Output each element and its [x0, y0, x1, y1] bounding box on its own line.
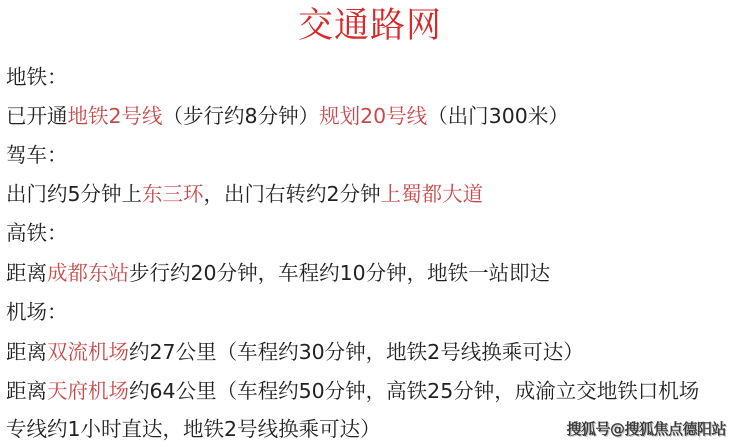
watermark: 搜狐号@搜狐焦点德阳站 — [566, 418, 726, 440]
text-segment: 出门约5分钟上 — [6, 182, 142, 206]
highlight-shudu-avenue: 上蜀都大道 — [381, 182, 484, 206]
airport-info-line-shuangliu: 距离双流机场约27公里（车程约30分钟，地铁2号线换乘可达） — [6, 337, 584, 367]
section-heading-driving: 驾车： — [6, 140, 68, 170]
subway-info-line: 已开通地铁2号线（步行约8分钟）规划20号线（出门300米） — [6, 101, 569, 131]
text-segment: 距离 — [6, 340, 47, 364]
section-heading-subway: 地铁： — [6, 62, 68, 92]
text-segment: 约64公里（车程约50分钟，高铁25分钟，成渝立交地铁口机场 — [129, 379, 699, 403]
section-heading-highspeed-rail: 高铁： — [6, 218, 68, 248]
highlight-shuangliu-airport: 双流机场 — [47, 340, 129, 364]
text-segment: 距离 — [6, 379, 47, 403]
text-segment: 距离 — [6, 261, 47, 285]
highlight-tianfu-airport: 天府机场 — [47, 379, 129, 403]
airport-info-line-tianfu-cont: 专线约1小时直达，地铁2号线换乘可达） — [6, 414, 381, 444]
text-segment: （步行约8分钟） — [163, 104, 320, 128]
highlight-line20: 规划20号线 — [319, 104, 427, 128]
text-segment: （出门300米） — [427, 104, 569, 128]
highlight-east-third-ring: 东三环 — [142, 182, 204, 206]
text-segment: ，出门右转约2分钟 — [204, 182, 381, 206]
airport-info-line-tianfu: 距离天府机场约64公里（车程约50分钟，高铁25分钟，成渝立交地铁口机场 — [6, 376, 699, 406]
highspeed-rail-info-line: 距离成都东站步行约20分钟，车程约10分钟，地铁一站即达 — [6, 258, 550, 288]
text-segment: 已开通 — [6, 104, 68, 128]
text-segment: 约27公里（车程约30分钟，地铁2号线换乘可达） — [129, 340, 584, 364]
text-segment: 专线约1小时直达，地铁2号线换乘可达） — [6, 417, 381, 441]
highlight-chengdu-east-station: 成都东站 — [47, 261, 129, 285]
text-segment: 步行约20分钟，车程约10分钟，地铁一站即达 — [129, 261, 550, 285]
driving-info-line: 出门约5分钟上东三环，出门右转约2分钟上蜀都大道 — [6, 179, 483, 209]
page-title: 交通路网 — [0, 2, 740, 50]
section-heading-airport: 机场： — [6, 297, 68, 327]
highlight-line2: 地铁2号线 — [68, 104, 163, 128]
